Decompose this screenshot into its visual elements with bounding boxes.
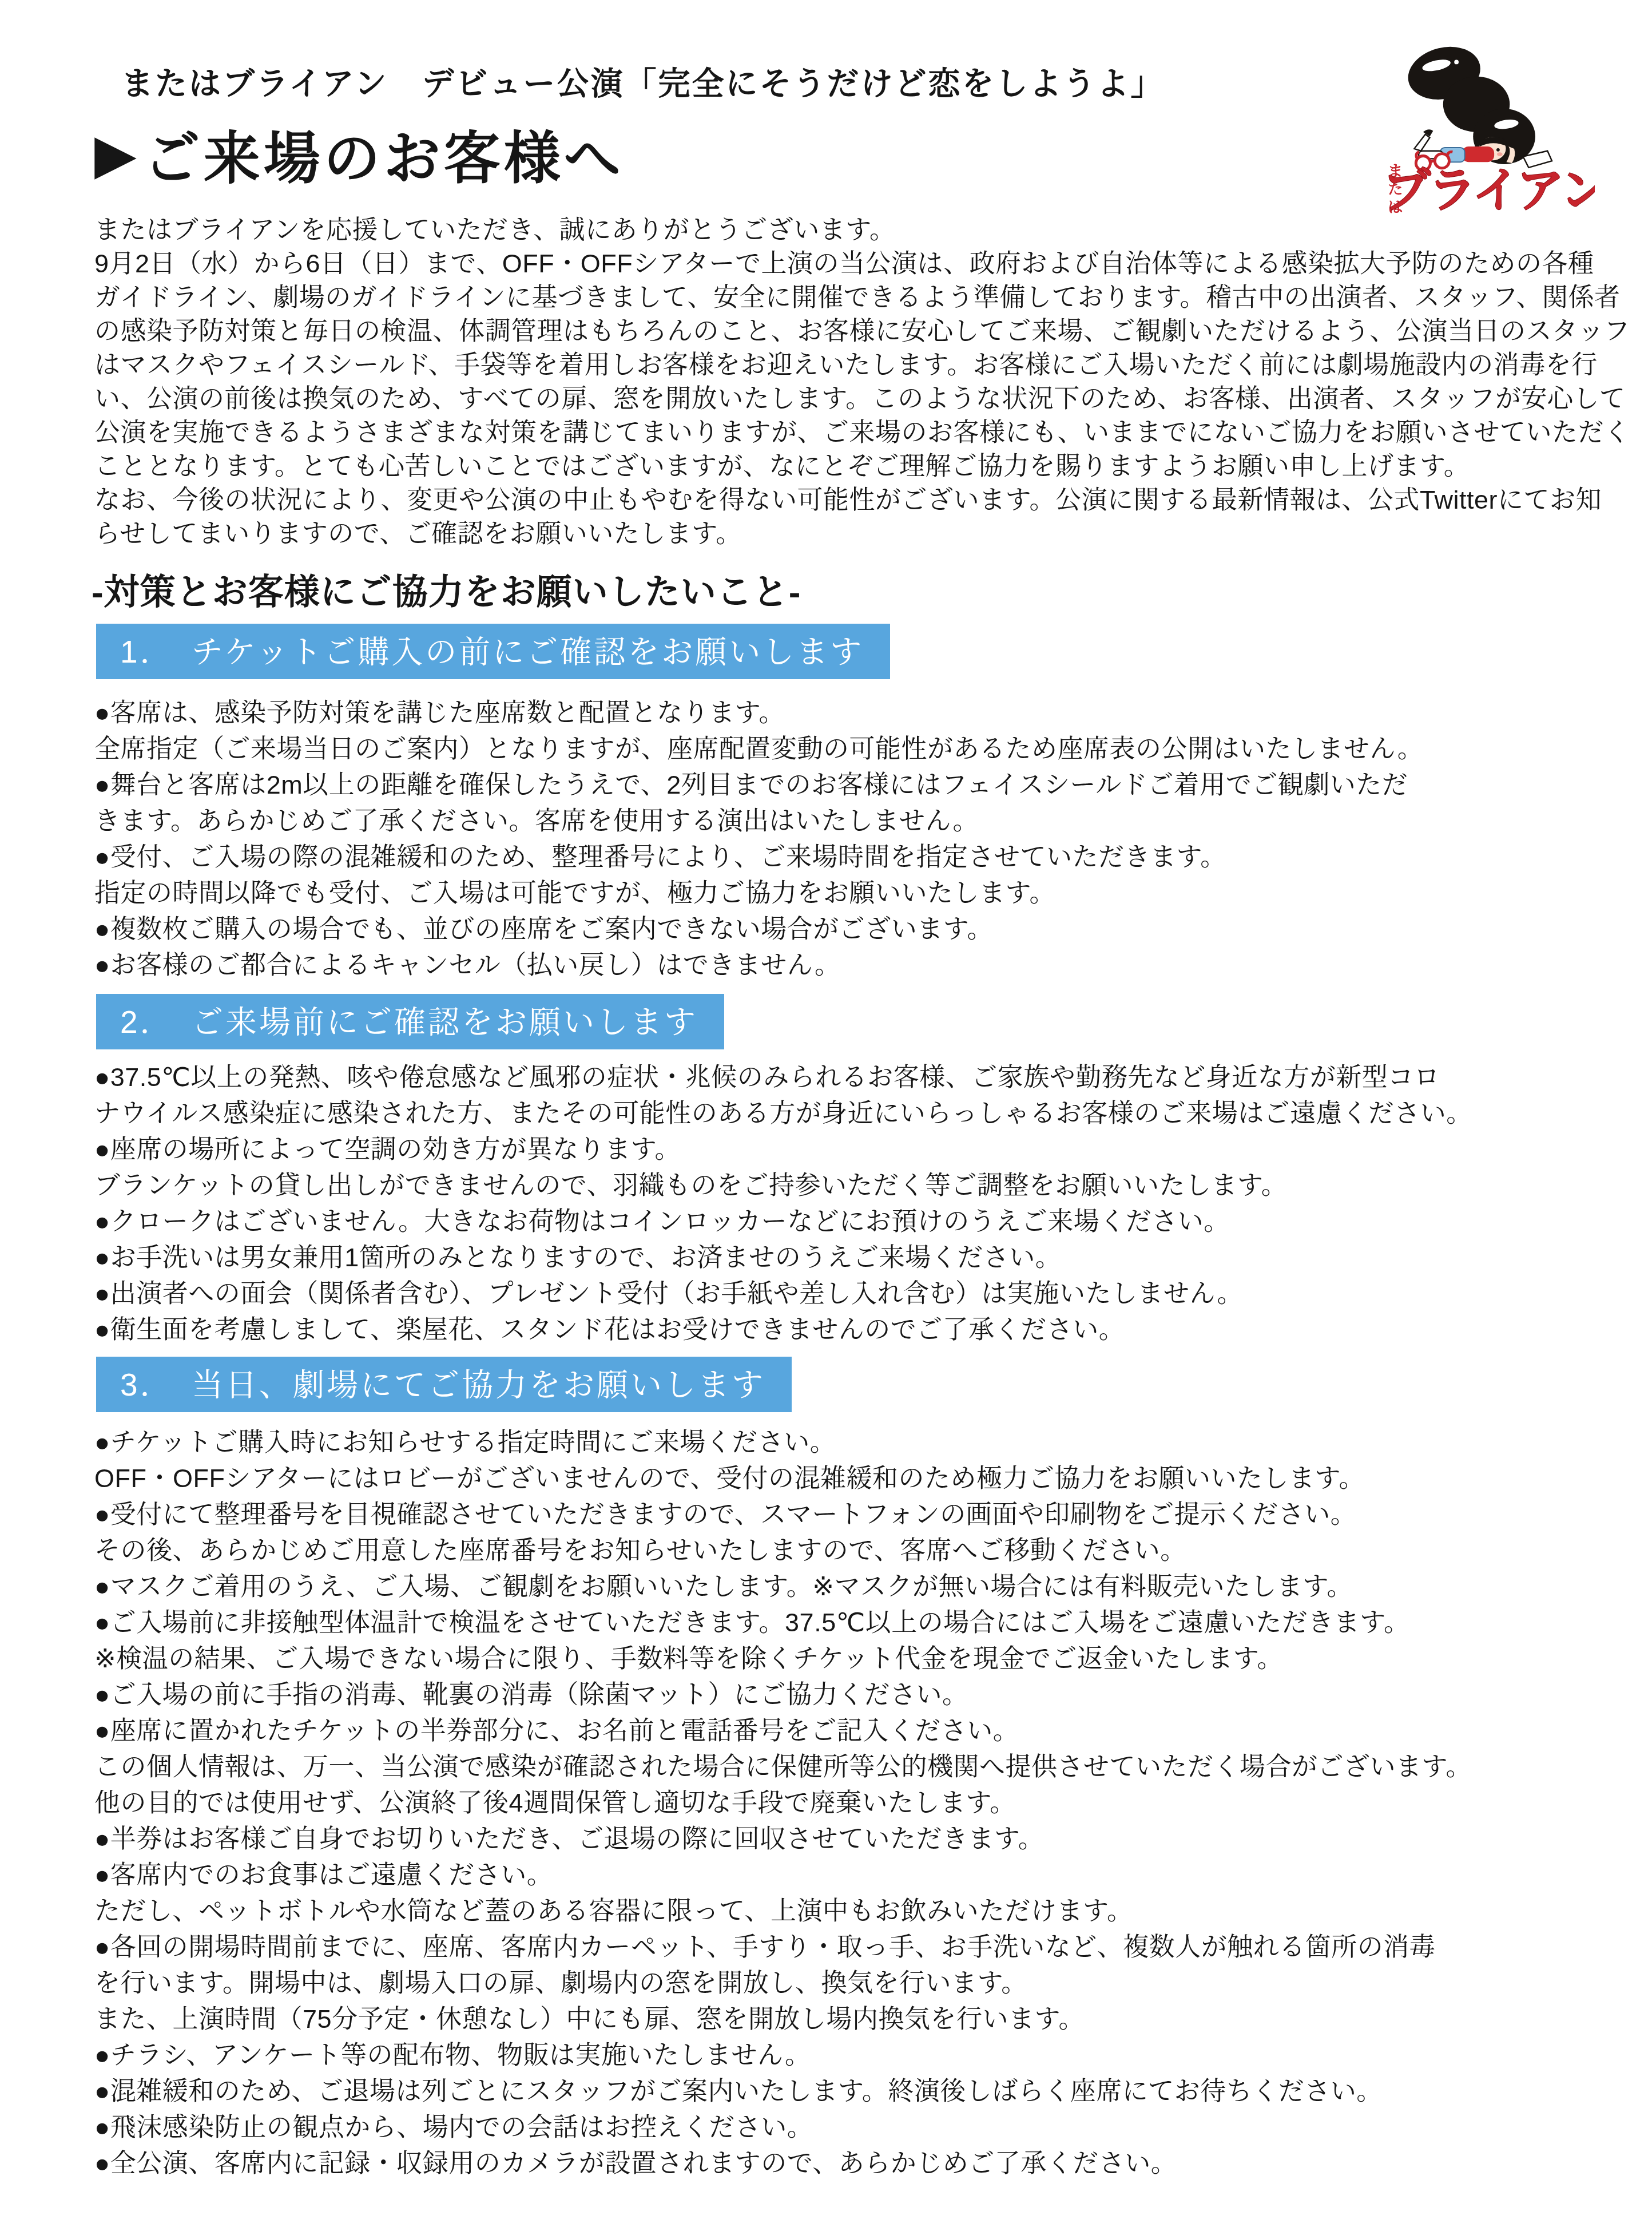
list-item: その後、あらかじめご用意した座席番号をお知らせいたしますので、客席へご移動くださ… (94, 1532, 1472, 1568)
section-1-header: 1． チケットご購入の前にご確認をお願いします (96, 624, 890, 679)
intro-line: ガイドライン、劇場のガイドラインに基づきまして、安全に開催できるよう準備しており… (94, 280, 1630, 314)
list-item: ●座席に置かれたチケットの半券部分に、お名前と電話番号をご記入ください。 (94, 1713, 1472, 1749)
list-item: ●舞台と客席は2m以上の距離を確保したうえで、2列目までのお客様にはフェイスシー… (94, 767, 1423, 803)
list-item: 指定の時間以降でも受付、ご入場は可能ですが、極力ご協力をお願いいたします。 (94, 875, 1423, 911)
section-3-header: 3． 当日、劇場にてご協力をお願いします (96, 1357, 792, 1412)
list-item: ●受付、ご入場の際の混雑緩和のため、整理番号により、ご来場時間を指定させていただ… (94, 839, 1423, 875)
intro-line: い、公演の前後は換気のため、すべての扉、窓を開放いたします。このような状況下のた… (94, 382, 1630, 415)
list-item: ●衛生面を考慮しまして、楽屋花、スタンド花はお受けできませんのでご了承ください。 (94, 1311, 1472, 1348)
intro-line: なお、今後の状況により、変更や公演の中止もやむを得ない可能性がございます。公演に… (94, 483, 1630, 517)
list-item: この個人情報は、万一、当公演で感染が確認された場合に保健所等公的機関へ提供させて… (94, 1749, 1472, 1785)
section-2-list: ●37.5℃以上の発熱、咳や倦怠感など風邪の症状・兆候のみられるお客様、ご家族や… (94, 1059, 1472, 1348)
page-title-text: ご来場のお客様へ (144, 113, 624, 195)
list-item: ●客席は、感染予防対策を講じた座席数と配置となります。 (94, 695, 1423, 731)
list-item: OFF・OFFシアターにはロビーがございませんので、受付の混雑緩和のため極力ご協… (94, 1460, 1472, 1496)
list-item: ●複数枚ご購入の場合でも、並びの座席をご案内できない場合がございます。 (94, 911, 1423, 947)
list-item: ただし、ペットボトルや水筒など蓋のある容器に限って、上演中もお飲みいただけます。 (94, 1893, 1472, 1929)
show-title: またはブライアン デビュー公演「完全にそうだけど恋をしようよ」 (121, 58, 1164, 104)
list-item: 全席指定（ご来場当日のご案内）となりますが、座席配置変動の可能性があるため座席表… (94, 731, 1423, 767)
list-item: ●受付にて整理番号を目視確認させていただきますので、スマートフォンの画面や印刷物… (94, 1496, 1472, 1532)
list-item: ●半券はお客様ご自身でお切りいただき、ご退場の際に回収させていただきます。 (94, 1821, 1472, 1857)
list-item: ●37.5℃以上の発熱、咳や倦怠感など風邪の症状・兆候のみられるお客様、ご家族や… (94, 1059, 1472, 1095)
mataha-brian-logo: ま た は ブライアン (1360, 33, 1595, 222)
list-item: ●出演者への面会（関係者含む）、プレゼント受付（お手紙や差し入れ含む）は実施いた… (94, 1275, 1472, 1311)
list-item: を行います。開場中は、劇場入口の扉、劇場内の窓を開放し、換気を行います。 (94, 1965, 1472, 2001)
list-item: ●全公演、客席内に記録・収録用のカメラが設置されますので、あらかじめご了承くださ… (94, 2145, 1472, 2181)
intro-line: またはブライアンを応援していただき、誠にありがとうございます。 (94, 213, 1630, 247)
intro-line: の感染予防対策と毎日の検温、体調管理はもちろんのこと、お客様に安心してご来場、ご… (94, 314, 1630, 348)
list-item: ●お客様のご都合によるキャンセル（払い戻し）はできません。 (94, 947, 1423, 983)
list-item: ●客席内でのお食事はご遠慮ください。 (94, 1857, 1472, 1893)
flyer-page: またはブライアン デビュー公演「完全にそうだけど恋をしようよ」 ▶ ご来場のお客… (0, 0, 1652, 2239)
list-item: ●混雑緩和のため、ご退場は列ごとにスタッフがご案内いたします。終演後しばらく座席… (94, 2073, 1472, 2109)
intro-line: はマスクやフェイスシールド、手袋等を着用しお客様をお迎えいたします。お客様にご入… (94, 348, 1630, 382)
section-group-title: -対策とお客様にご協力をお願いしたいこと- (92, 564, 801, 615)
list-item: ●各回の開場時間前までに、座席、客席内カーペット、手すり・取っ手、お手洗いなど、… (94, 1929, 1472, 1965)
list-item: ●座席の場所によって空調の効き方が異なります。 (94, 1131, 1472, 1167)
list-item: きます。あらかじめご了承ください。客席を使用する演出はいたしません。 (94, 803, 1423, 839)
list-item: ナウイルス感染症に感染された方、またその可能性のある方が身近にいらっしゃるお客様… (94, 1095, 1472, 1131)
page-title: ▶ ご来場のお客様へ (94, 113, 624, 195)
intro-paragraph: またはブライアンを応援していただき、誠にありがとうございます。 9月2日（水）か… (94, 213, 1630, 550)
section-3-list: ●チケットご購入時にお知らせする指定時間にご来場ください。 OFF・OFFシアタ… (94, 1424, 1472, 2181)
arrow-icon: ▶ (94, 126, 140, 181)
list-item: ●ご入場の前に手指の消毒、靴裏の消毒（除菌マット）にご協力ください。 (94, 1677, 1472, 1713)
list-item: ●チケットご購入時にお知らせする指定時間にご来場ください。 (94, 1424, 1472, 1460)
intro-line: 9月2日（水）から6日（日）まで、OFF・OFFシアターで上演の当公演は、政府お… (94, 247, 1630, 280)
list-item: ●マスクご着用のうえ、ご入場、ご観劇をお願いいたします。※マスクが無い場合には有… (94, 1568, 1472, 1604)
list-item: ●お手洗いは男女兼用1箇所のみとなりますので、お済ませのうえご来場ください。 (94, 1239, 1472, 1275)
section-2-header: 2． ご来場前にご確認をお願いします (96, 994, 724, 1049)
list-item: 他の目的では使用せず、公演終了後4週間保管し適切な手段で廃棄いたします。 (94, 1785, 1472, 1821)
intro-line: らせしてまいりますので、ご確認をお願いいたします。 (94, 517, 1630, 550)
intro-line: こととなります。とても心苦しいことではございますが、なにとぞご理解ご協力を賜りま… (94, 449, 1630, 483)
list-item: ※検温の結果、ご入場できない場合に限り、手数料等を除くチケット代金を現金でご返金… (94, 1640, 1472, 1677)
list-item: ●チラシ、アンケート等の配布物、物販は実施いたしません。 (94, 2037, 1472, 2073)
list-item: ●ご入場前に非接触型体温計で検温をさせていただきます。37.5℃以上の場合にはご… (94, 1604, 1472, 1640)
logo-wordmark: ブライアン (1383, 163, 1595, 217)
section-1-list: ●客席は、感染予防対策を講じた座席数と配置となります。 全席指定（ご来場当日のご… (94, 695, 1423, 983)
list-item: ●飛沫感染防止の観点から、場内での会話はお控えください。 (94, 2109, 1472, 2145)
list-item: ●クロークはございません。大きなお荷物はコインロッカーなどにお預けのうえご来場く… (94, 1203, 1472, 1239)
list-item: ブランケットの貸し出しができませんので、羽織ものをご持参いただく等ご調整をお願い… (94, 1167, 1472, 1203)
list-item: また、上演時間（75分予定・休憩なし）中にも扉、窓を開放し場内換気を行います。 (94, 2001, 1472, 2037)
logo-graphic: ま た は ブライアン (1360, 33, 1595, 222)
intro-line: 公演を実施できるようさまざまな対策を講じてまいりますが、ご来場のお客様にも、いま… (94, 415, 1630, 449)
